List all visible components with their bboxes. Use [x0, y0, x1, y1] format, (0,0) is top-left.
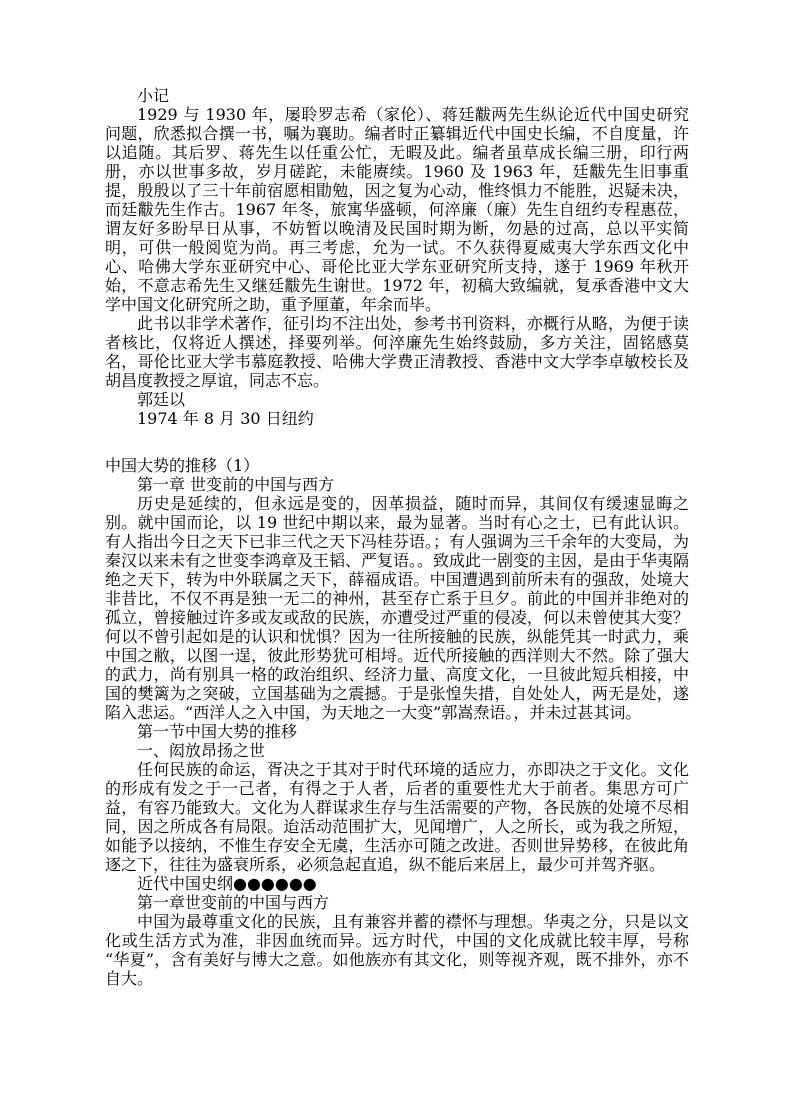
body-paragraph: 任何民族的命运，胥决之于其对于时代环境的适应力，亦即决之于文化。文化的形成有发之…	[105, 760, 689, 874]
section-title: 中国大势的推移（1）	[105, 456, 689, 475]
section-heading: 第一节中国大势的推移	[105, 722, 689, 741]
document-text-block: 小记 1929 与 1930 年，屡聆罗志希（家伦）、蒋廷黻两先生纵论近代中国史…	[105, 86, 689, 988]
preface-paragraph-2: 此书以非学术著作，征引均不注出处，参考书刊资料，亦概行从略，为便于读者核比，仅将…	[105, 314, 689, 390]
section-spacer	[105, 428, 689, 456]
book-title-line: 近代中国史纲●●●●●●	[105, 874, 689, 893]
closing-paragraph: 中国为最尊重文化的民族，且有兼容并蓄的襟怀与理想。华夷之分，只是以文化或生活方式…	[105, 912, 689, 988]
chapter-heading-repeat: 第一章世变前的中国与西方	[105, 893, 689, 912]
date-line: 1974 年 8 月 30 日纽约	[105, 409, 689, 428]
preface-paragraph-1: 1929 与 1930 年，屡聆罗志希（家伦）、蒋廷黻两先生纵论近代中国史研究问…	[105, 105, 689, 314]
preface-heading: 小记	[105, 86, 689, 105]
author-signature: 郭廷以	[105, 390, 689, 409]
chapter-heading: 第一章 世变前的中国与西方	[105, 475, 689, 494]
chapter-paragraph: 历史是延续的，但永远是变的，因革损益，随时而异，其间仅有缓速显晦之别。就中国而论…	[105, 494, 689, 722]
subsection-heading: 一、闳放昂扬之世	[105, 741, 689, 760]
document-page: 小记 1929 与 1930 年，屡聆罗志希（家伦）、蒋廷黻两先生纵论近代中国史…	[0, 0, 792, 1120]
